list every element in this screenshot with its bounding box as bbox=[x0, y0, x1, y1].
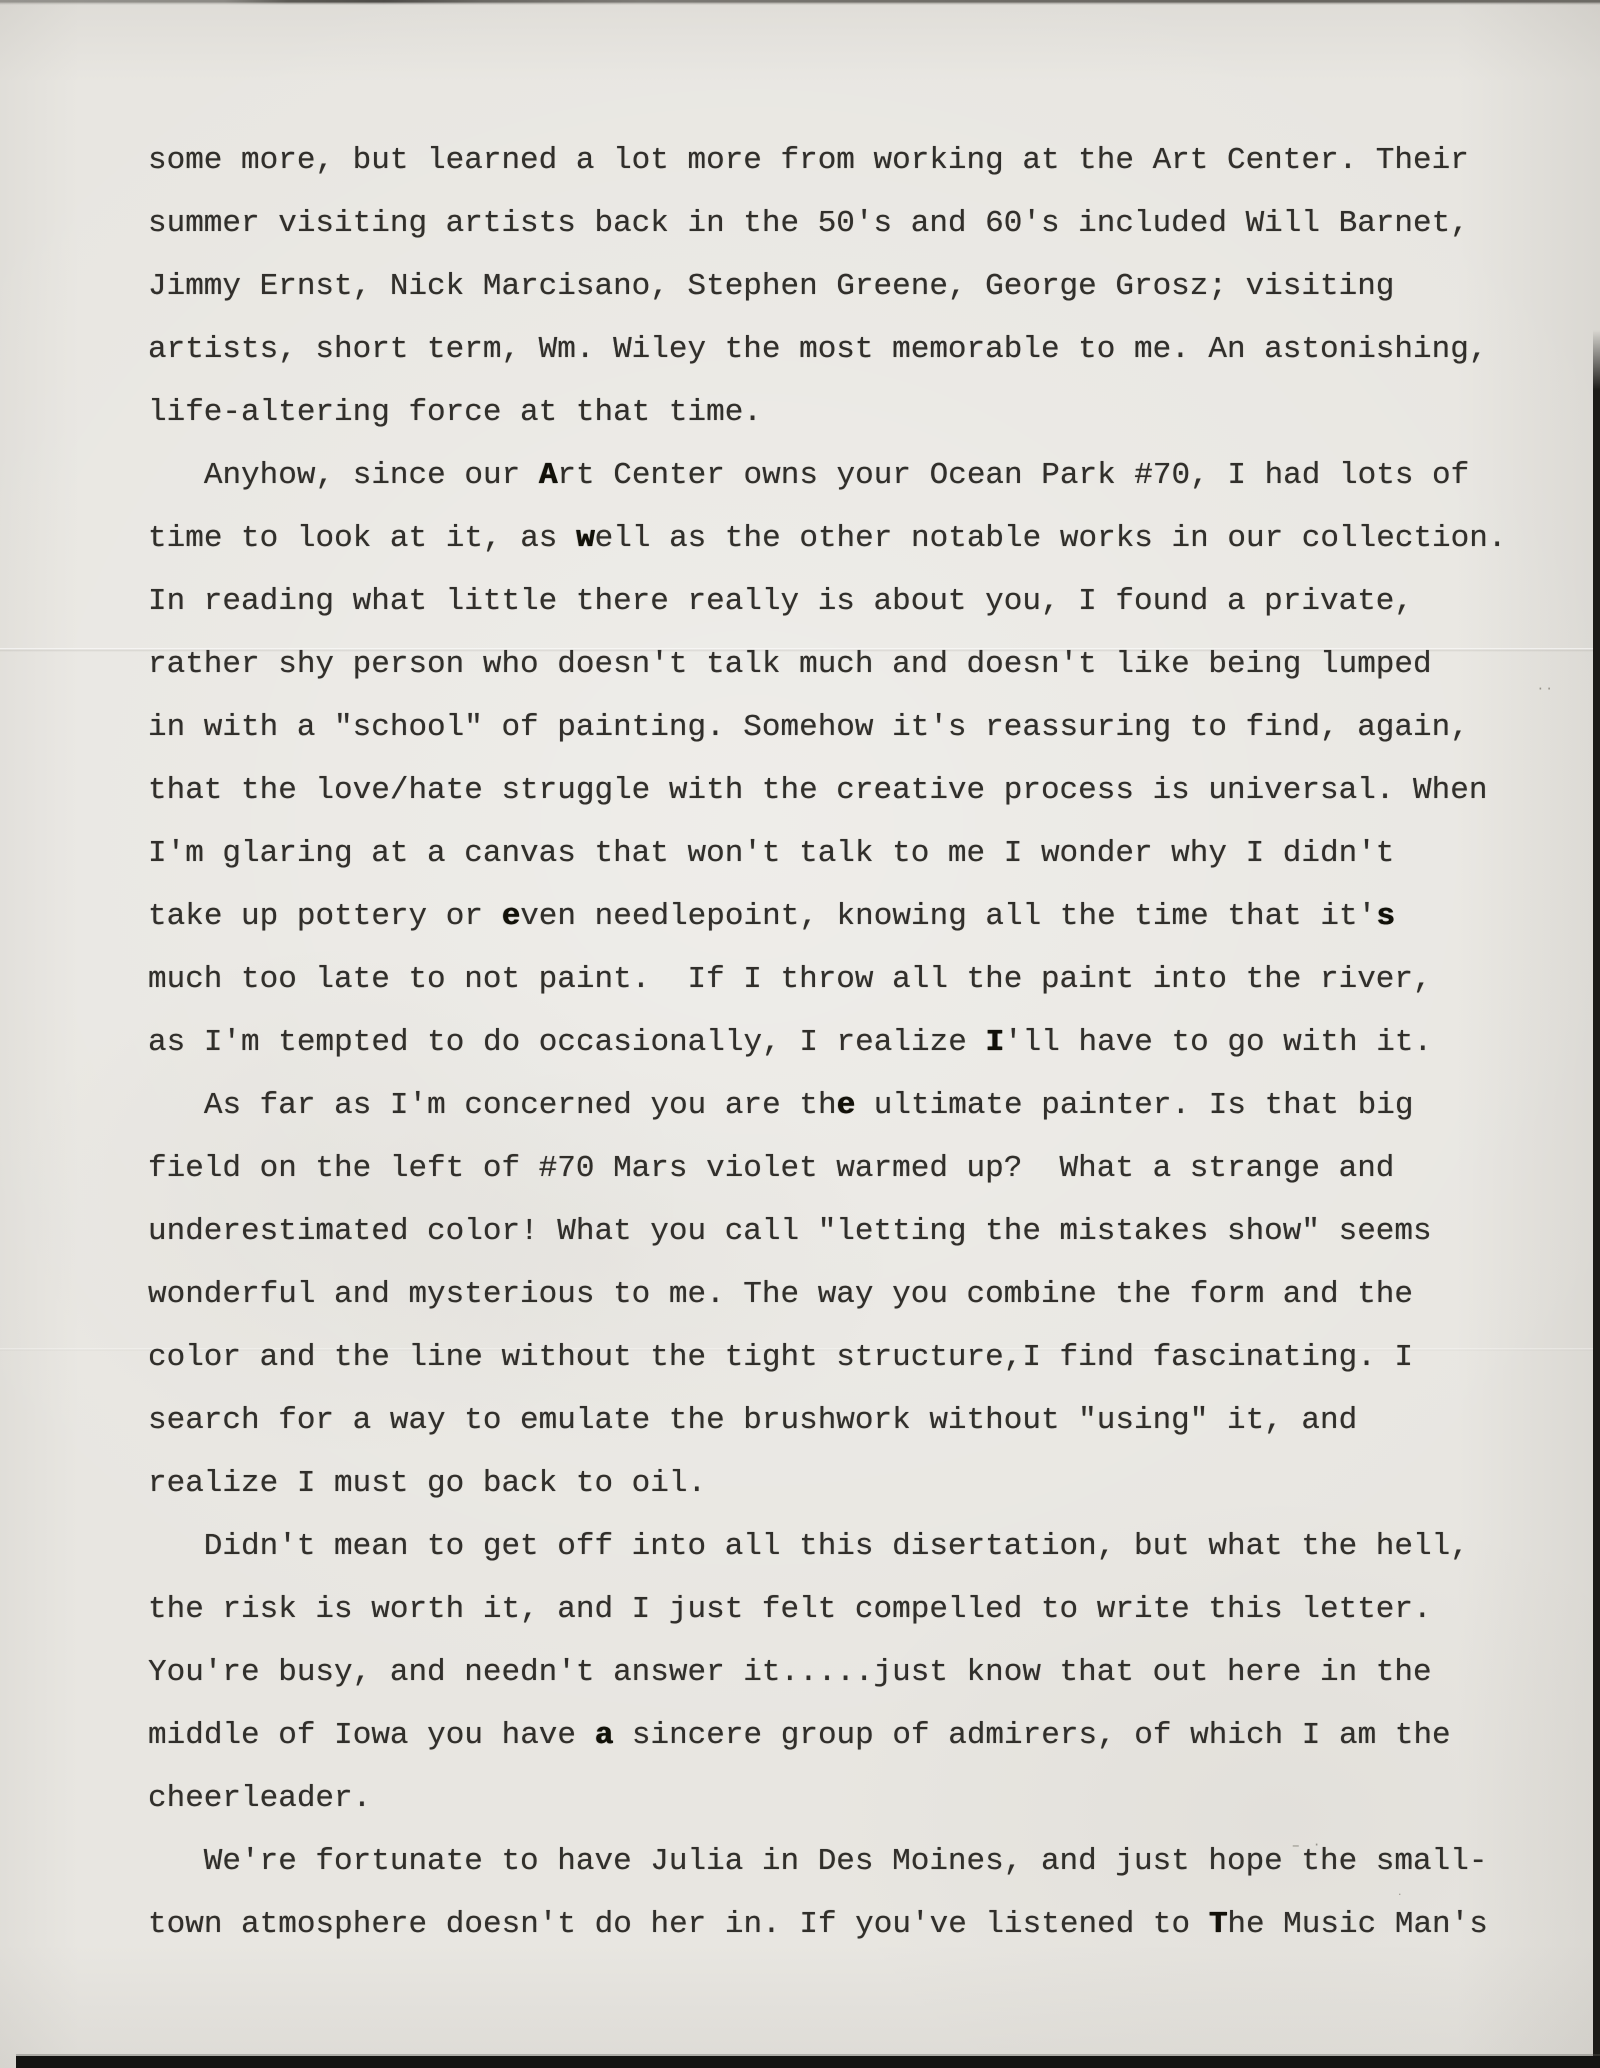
letter-line: in with a "school" of painting. Somehow … bbox=[148, 696, 1548, 759]
letter-line: realize I must go back to oil. bbox=[148, 1452, 1548, 1515]
letter-line: life-altering force at that time. bbox=[148, 381, 1548, 444]
top-edge-scan-strip bbox=[0, 0, 1600, 5]
overstruck-character: I bbox=[985, 1025, 1004, 1060]
letter-line: as I'm tempted to do occasionally, I rea… bbox=[148, 1011, 1548, 1074]
letter-line: field on the left of #70 Mars violet war… bbox=[148, 1137, 1548, 1200]
letter-line: middle of Iowa you have a sincere group … bbox=[148, 1704, 1548, 1767]
letter-line: wonderful and mysterious to me. The way … bbox=[148, 1263, 1548, 1326]
letter-line: Jimmy Ernst, Nick Marcisano, Stephen Gre… bbox=[148, 255, 1548, 318]
letter-page: ·· – · · some more, but learned a lot mo… bbox=[0, 0, 1600, 2068]
letter-line: time to look at it, as well as the other… bbox=[148, 507, 1548, 570]
bottom-edge-scan-bar bbox=[16, 2056, 1600, 2068]
letter-line: cheerleader. bbox=[148, 1767, 1548, 1830]
letter-line: I'm glaring at a canvas that won't talk … bbox=[148, 822, 1548, 885]
overstruck-character: a bbox=[595, 1718, 614, 1753]
overstruck-character: s bbox=[1376, 899, 1395, 934]
letter-line: As far as I'm concerned you are the ulti… bbox=[148, 1074, 1548, 1137]
letter-line: some more, but learned a lot more from w… bbox=[148, 129, 1548, 192]
letter-line: town atmosphere doesn't do her in. If yo… bbox=[148, 1893, 1548, 1956]
letter-line: You're busy, and needn't answer it.....j… bbox=[148, 1641, 1548, 1704]
letter-line: that the love/hate struggle with the cre… bbox=[148, 759, 1548, 822]
letter-line: search for a way to emulate the brushwor… bbox=[148, 1389, 1548, 1452]
overstruck-character: e bbox=[837, 1088, 856, 1123]
letter-line: summer visiting artists back in the 50's… bbox=[148, 192, 1548, 255]
letter-line: take up pottery or even needlepoint, kno… bbox=[148, 885, 1548, 948]
letter-line: much too late to not paint. If I throw a… bbox=[148, 948, 1548, 1011]
letter-line: We're fortunate to have Julia in Des Moi… bbox=[148, 1830, 1548, 1893]
overstruck-character: T bbox=[1209, 1907, 1228, 1942]
letter-body: some more, but learned a lot more from w… bbox=[148, 129, 1548, 1956]
letter-line: In reading what little there really is a… bbox=[148, 570, 1548, 633]
letter-line: the risk is worth it, and I just felt co… bbox=[148, 1578, 1548, 1641]
overstruck-character: A bbox=[539, 458, 558, 493]
letter-line: rather shy person who doesn't talk much … bbox=[148, 633, 1548, 696]
right-edge-scan-strip bbox=[1593, 330, 1600, 2068]
overstruck-character: w bbox=[576, 521, 595, 556]
letter-line: Anyhow, since our Art Center owns your O… bbox=[148, 444, 1548, 507]
letter-line: underestimated color! What you call "let… bbox=[148, 1200, 1548, 1263]
letter-line: Didn't mean to get off into all this dis… bbox=[148, 1515, 1548, 1578]
letter-line: artists, short term, Wm. Wiley the most … bbox=[148, 318, 1548, 381]
overstruck-character: e bbox=[502, 899, 521, 934]
letter-line: color and the line without the tight str… bbox=[148, 1326, 1548, 1389]
